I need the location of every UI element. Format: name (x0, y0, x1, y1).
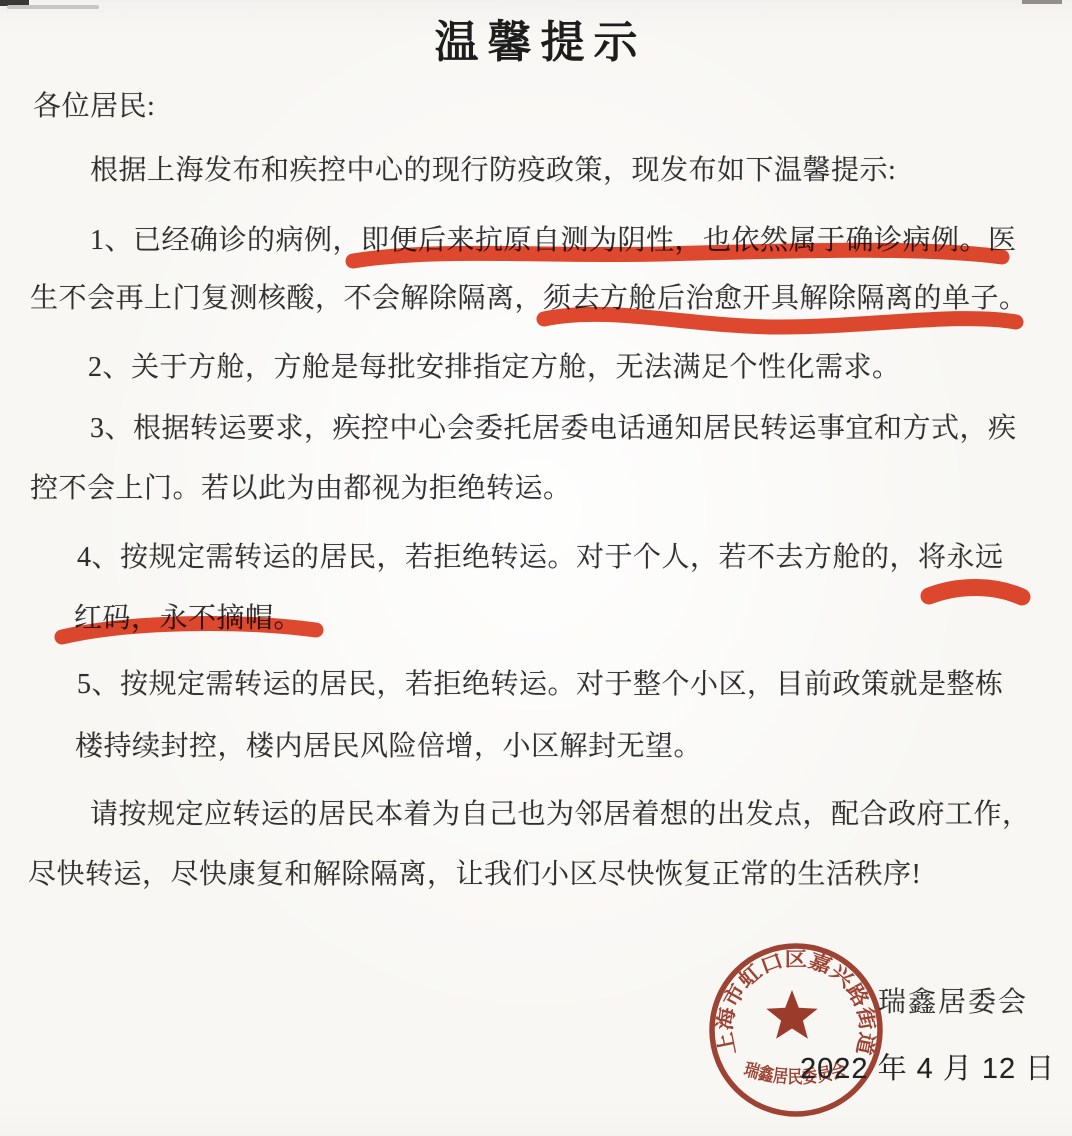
item4-line1: 4、按规定需转运的居民，若拒绝转运。对于个人，若不去方舱的，将永远 (77, 535, 1004, 575)
item5-line1: 5、按规定需转运的居民，若拒绝转运。对于整个小区，目前政策就是整栋 (77, 662, 1004, 702)
official-seal: 上海市虹口区嘉兴路街道 瑞鑫居民委员会 (706, 940, 886, 1120)
item1-line1: 1、已经确诊的病例，即便后来抗原自测为阴性，也依然属于确诊病例。医 (90, 218, 1017, 258)
closing-line2: 尽快转运，尽快康复和解除隔离，让我们小区尽快恢复正常的生活秩序! (28, 852, 921, 892)
underline-item1-line2 (544, 314, 1016, 327)
item4-line2: 红码，永不摘帽。 (74, 596, 302, 636)
item3-line1: 3、根据转运要求，疾控中心会委托居委电话通知居民转运事宜和方式，疾 (90, 406, 1017, 446)
seal-star-icon (766, 990, 817, 1039)
item2-line1: 2、关于方舱，方舱是每批安排指定方舱，无法满足个性化需求。 (88, 345, 901, 385)
item3-line2: 控不会上门。若以此为由都视为拒绝转运。 (30, 466, 572, 506)
signature: 瑞鑫居委会 (878, 980, 1028, 1020)
date: 2022 年 4 月 12 日 (800, 1046, 1055, 1087)
seal-graphic: 上海市虹口区嘉兴路街道 瑞鑫居民委员会 (706, 940, 886, 1120)
closing-line1: 请按规定应转运的居民本着为自己也为邻居着想的出发点，配合政府工作， (90, 792, 1031, 832)
notice-document: 上海市虹口区嘉兴路街道 瑞鑫居民委员会 温馨提示 各位居民: 根据上海发布和疾控… (0, 0, 1072, 1136)
scan-artifact-top-right (1022, 0, 1062, 4)
page-title: 温馨提示 (0, 6, 1072, 70)
greeting-line: 各位居民: (33, 84, 155, 124)
item5-line2: 楼持续封控，楼内居民风险倍增，小区解封无望。 (75, 724, 702, 764)
underline-item4-line1 (929, 587, 1022, 597)
intro-line: 根据上海发布和疾控中心的现行防疫政策，现发布如下温馨提示: (90, 148, 896, 188)
item1-line2: 生不会再上门复测核酸，不会解除隔离，须去方舱后治愈开具解除隔离的单子。 (30, 276, 1028, 316)
